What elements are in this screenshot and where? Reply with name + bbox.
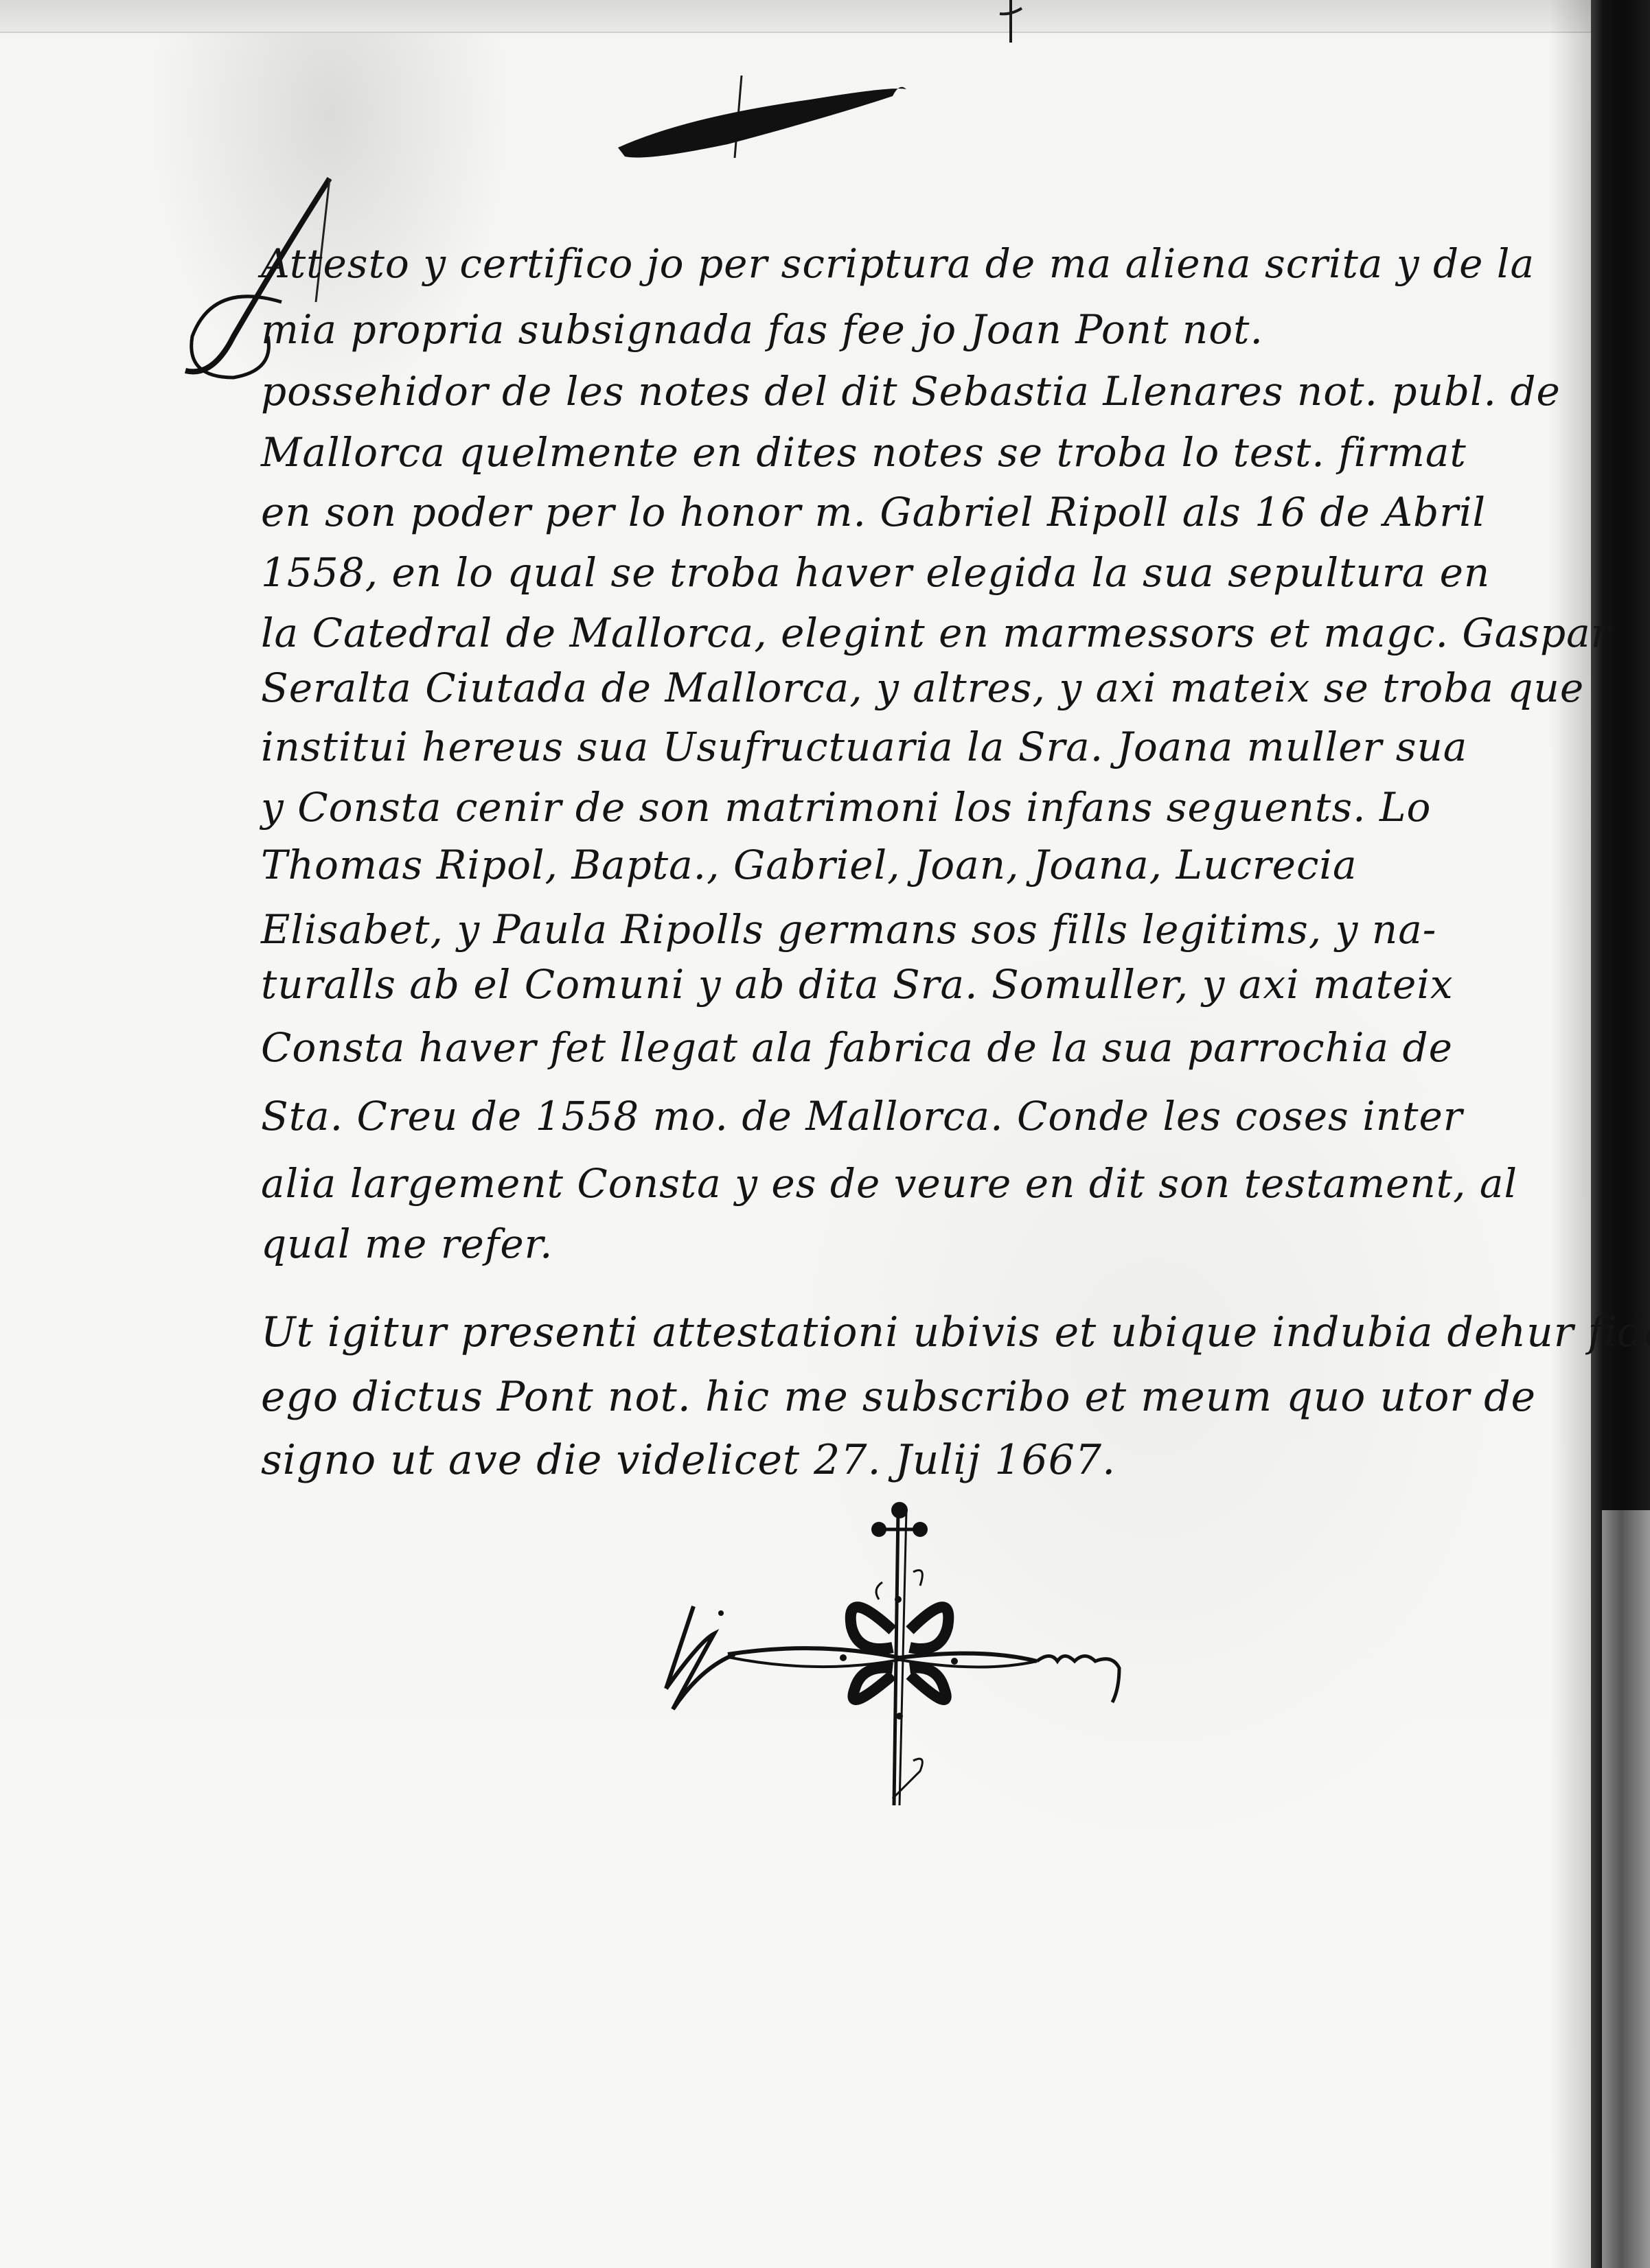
paraph-flourish-icon [604,76,920,165]
cross-icon [997,0,1024,43]
text-line: possehidor de les notes del dit Sebastia… [261,368,1561,415]
text-line: Sta. Creu de 1558 mo. de Mallorca. Conde… [261,1093,1463,1139]
binding-shadow [1550,0,1591,2268]
latin-line: ego dictus Pont not. hic me subscribo et… [261,1373,1536,1421]
text-line: qual me refer. [261,1220,553,1267]
text-line: alia largement Consta y es de veure en d… [261,1160,1517,1207]
text-line: en son poder per lo honor m. Gabriel Rip… [261,489,1486,535]
text-line: y Consta cenir de son matrimoni los infa… [261,784,1431,831]
latin-line: signo ut ave die videlicet 27. Julij 166… [261,1436,1116,1484]
text-line: mia propria subsignada fas fee jo Joan P… [261,306,1263,353]
notarial-sign: Sig num [639,1490,1160,1826]
text-line: Elisabet, y Paula Ripolls germans sos fi… [261,906,1436,953]
latin-line: Ut igitur presenti attestationi ubivis e… [261,1308,1650,1356]
text-line: Mallorca quelmente en dites notes se tro… [261,429,1467,476]
page-top-edge [0,0,1650,33]
text-line: 1558, en lo qual se troba haver elegida … [261,549,1490,596]
text-line: Thomas Ripol, Bapta., Gabriel, Joan, Joa… [261,842,1357,888]
text-line: la Catedral de Mallorca, elegint en marm… [261,610,1610,656]
text-line: turalls ab el Comuni y ab dita Sra. Somu… [261,961,1454,1008]
text-line: Attesto y certifico jo per scriptura de … [261,240,1535,287]
text-line: Consta haver fet llegat ala fabrica de l… [261,1024,1453,1071]
manuscript-page: + Attesto y certifico jo per scriptura d… [0,0,1650,2268]
text-line: Seralta Ciutada de Mallorca, y altres, y… [261,664,1584,711]
text-line: institui hereus sua Usufructuaria la Sra… [261,724,1467,770]
notarial-signum-icon [639,1490,1160,1826]
binding-lower-edge [1602,1510,1650,2268]
